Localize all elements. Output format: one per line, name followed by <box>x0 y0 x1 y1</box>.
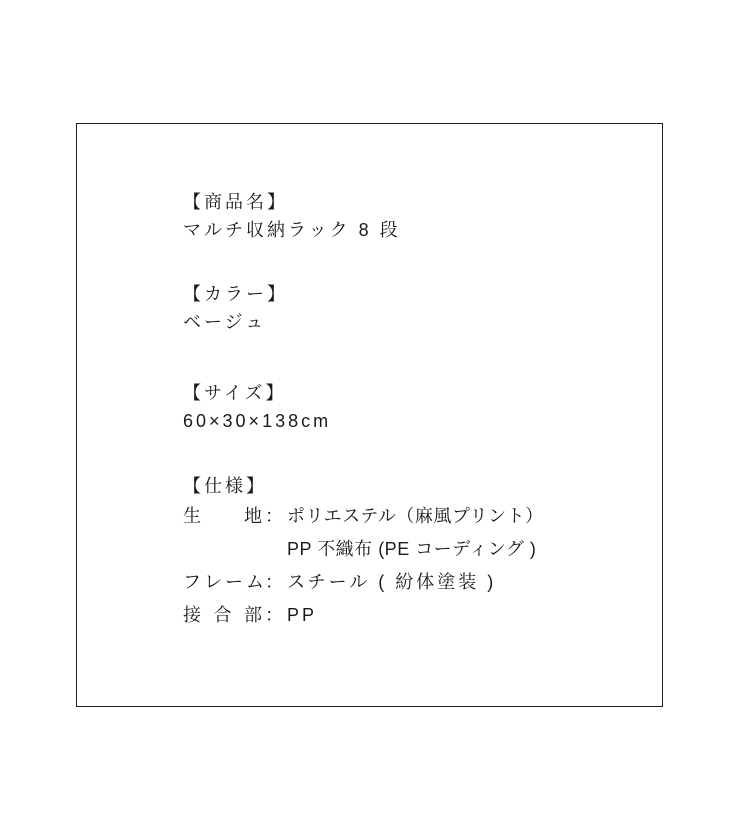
spec-value-frame: スチール ( 紛体塗装 ) <box>287 566 496 599</box>
section-color: 【カラー】 ベージュ <box>183 280 638 336</box>
product-spec-box: 【商品名】 マルチ収納ラック 8 段 【カラー】 ベージュ 【サイズ】 60×3… <box>76 123 663 707</box>
product-name-heading: 【商品名】 <box>183 188 638 216</box>
spec-value-fabric-2: PP 不織布 (PE コーディング ) <box>287 533 536 566</box>
spec-value-fabric: ポリエステル（麻風プリント） <box>287 500 544 533</box>
size-heading: 【サイズ】 <box>183 379 638 407</box>
product-name-value: マルチ収納ラック 8 段 <box>183 216 638 244</box>
section-size: 【サイズ】 60×30×138cm <box>183 379 638 435</box>
color-value: ベージュ <box>183 308 638 336</box>
spec-row-fabric: 生地 ： ポリエステル（麻風プリント） <box>183 500 638 533</box>
size-value: 60×30×138cm <box>183 407 638 435</box>
spec-row-frame: フレーム ： スチール ( 紛体塗装 ) <box>183 566 638 599</box>
spec-row-joint: 接合部 ： PP <box>183 599 638 632</box>
spec-colon: ： <box>265 500 284 533</box>
section-specifications: 【仕様】 生地 ： ポリエステル（麻風プリント） PP 不織布 (PE コーディ… <box>183 472 638 632</box>
spec-heading: 【仕様】 <box>183 472 638 500</box>
page-background: 【商品名】 マルチ収納ラック 8 段 【カラー】 ベージュ 【サイズ】 60×3… <box>0 0 740 826</box>
section-product-name: 【商品名】 マルチ収納ラック 8 段 <box>183 188 638 244</box>
spec-colon: ： <box>265 599 284 632</box>
spec-box-content: 【商品名】 マルチ収納ラック 8 段 【カラー】 ベージュ 【サイズ】 60×3… <box>77 124 662 632</box>
spec-row-fabric-2: PP 不織布 (PE コーディング ) <box>183 533 638 566</box>
spec-label-fabric: 生地 <box>183 500 265 533</box>
spec-label-frame: フレーム <box>183 566 265 599</box>
spec-colon: ： <box>265 566 284 599</box>
color-heading: 【カラー】 <box>183 280 638 308</box>
spec-value-joint: PP <box>287 599 317 632</box>
spec-label-joint: 接合部 <box>183 599 265 632</box>
